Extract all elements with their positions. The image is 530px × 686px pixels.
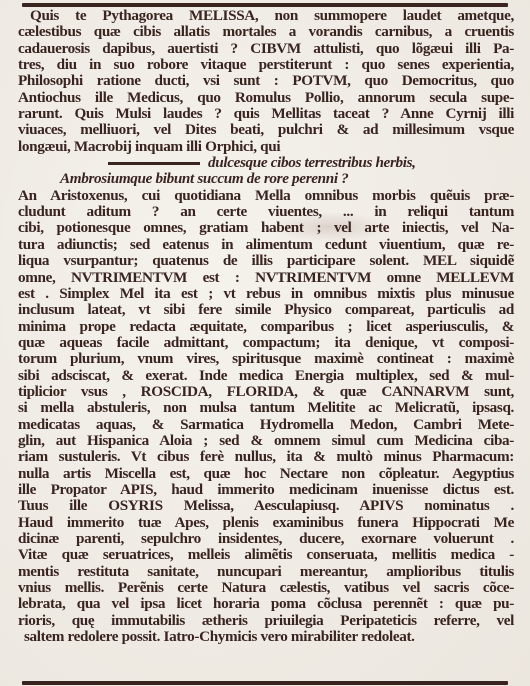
verse-text: dulcesque cibos terrestribus herbis, — [208, 154, 416, 171]
text-line: quæ aqueas facile admittant, compactum; … — [18, 335, 514, 351]
text-line: Haud immerito tuæ Apes, plenis examinibu… — [18, 515, 514, 531]
text-line: tura adiunctis; sed eatenus in alimentum… — [18, 237, 514, 253]
text-line: Philosophi ratione ducti, vsi sunt : POT… — [18, 73, 514, 89]
text-line: viuaces, melliuori, vel Dites beati, pul… — [18, 122, 514, 138]
text-line: cibi, potionesque omnes, gratiam habent … — [18, 220, 514, 236]
text-line: medicatas aquas, & Sarmatica Hydromella … — [18, 417, 514, 433]
text-line: cludunt aditum ? an certe viuentes, ... … — [18, 204, 514, 220]
text-line: Quis te Pythagorea MELISSA, non summoper… — [18, 8, 514, 24]
text-line: Antiochus ille Medicus, quo Romulus Poll… — [18, 90, 514, 106]
text-line: An Aristoxenus, cui quotidiana Mella omn… — [18, 188, 514, 204]
text-line: riam sustuleris. Vt cibus ferè nullus, i… — [18, 449, 514, 465]
text-line: si mella abstuleris, non mulsa tantum Me… — [18, 400, 514, 416]
bottom-rule — [22, 681, 508, 685]
text-line: tres, diu in suo robore vitaque perstite… — [18, 57, 514, 73]
text-line: tiplicior vsus , ROSCIDA, FLORIDA, & quæ… — [18, 384, 514, 400]
verse-dash — [108, 162, 200, 165]
text-line: sibi adsciscat, & exerat. Inde medica En… — [18, 368, 514, 384]
scanned-page: Quis te Pythagorea MELISSA, non summoper… — [0, 0, 530, 686]
text-line: saltem redolere possit. Iatro-Chymicis v… — [18, 629, 514, 645]
text-line: vnius mellis. Perẽnis certe Natura cæles… — [18, 580, 514, 596]
text-line: cadauerosis dapibus, auertisti ? CIBVM a… — [18, 41, 514, 57]
text-line: rioris, quę immutabilis ætheris priuileg… — [18, 613, 514, 629]
verse-line: dulcesque cibos terrestribus herbis, — [18, 155, 514, 171]
text-line: est . Simplex Mel ita est ; vt rebus in … — [18, 286, 514, 302]
text-line: liqua vsurpantur; quatenus de illis part… — [18, 253, 514, 269]
text-line: glin, aut Hispanica Aloia ; sed & omnem … — [18, 433, 514, 449]
text-line: longæui, Macrobij inquam illi Orphici, q… — [18, 139, 514, 155]
text-line: lebrata, qua vel ipsa licet horaria poma… — [18, 596, 514, 612]
text-line: ille Propator APIS, haud immerito medici… — [18, 482, 514, 498]
text-line: Vitæ quæ seruatrices, melleis alimẽtis c… — [18, 547, 514, 563]
text-line: minima prope redacta æquitate, comparibu… — [18, 319, 514, 335]
text-line: torum plurium, vnum vires, spiritusque m… — [18, 351, 514, 367]
verse-line: Ambrosiumque bibunt succum de rore peren… — [18, 171, 514, 187]
text-line: Tuus ille OSYRIS Melissa, Aesculapiusq. … — [18, 498, 514, 514]
body-text: Quis te Pythagorea MELISSA, non summoper… — [18, 8, 514, 645]
text-line: mentis restituta sanitate, nuncupari mer… — [18, 564, 514, 580]
text-line: rarunt. Quis Mulsi laudes ? quis Mellita… — [18, 106, 514, 122]
text-line: omne, NVTRIMENTVM est : NVTRIMENTVM omne… — [18, 270, 514, 286]
text-line: cælestibus quæ cibis allatis mortales a … — [18, 24, 514, 40]
text-line: nulla artis Miscella est, quæ hoc Nectar… — [18, 466, 514, 482]
text-line: dicinæ parenti, sepulchro insidentes, du… — [18, 531, 514, 547]
text-line: inclusum lateat, vt sibi fere simile Phy… — [18, 302, 514, 318]
